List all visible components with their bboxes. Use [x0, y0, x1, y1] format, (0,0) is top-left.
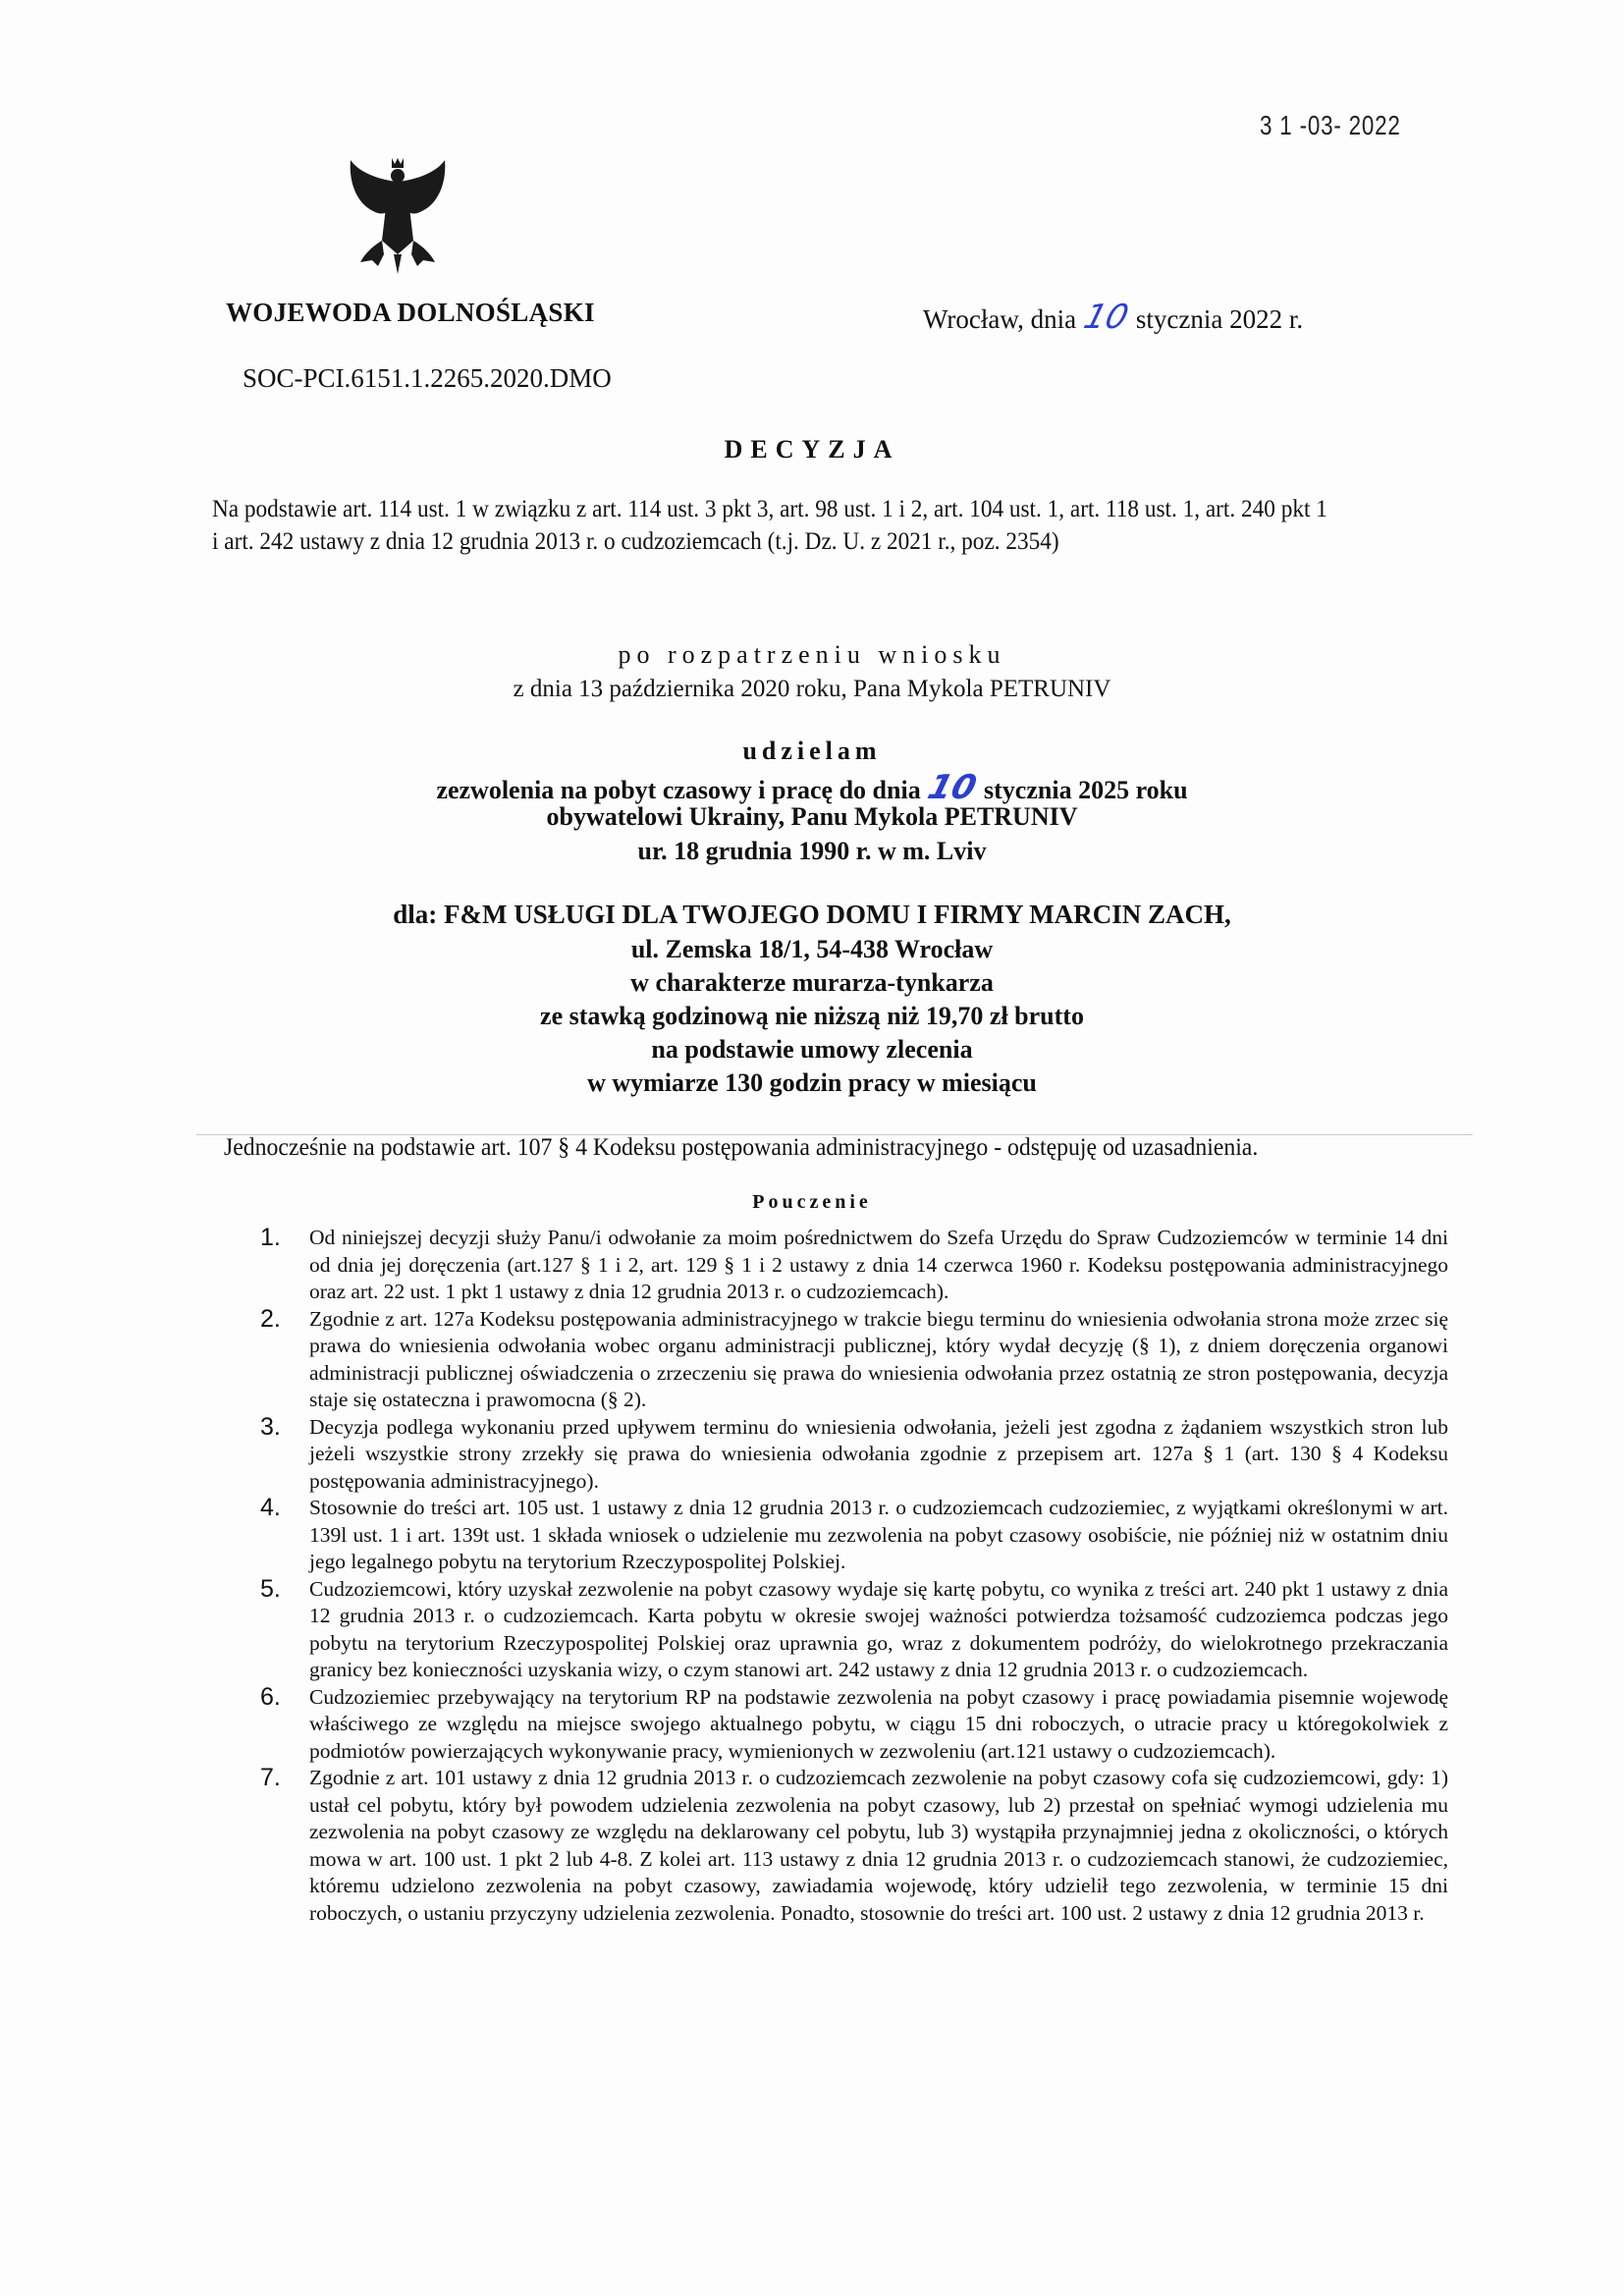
- item-number: 1.: [260, 1225, 309, 1306]
- legal-basis-paragraph: Na podstawie art. 114 ust. 1 w związku z…: [212, 493, 1335, 558]
- item-number: 5.: [260, 1576, 309, 1684]
- hourly-rate: ze stawką godzinową nie niższą niż 19,70…: [0, 1002, 1624, 1031]
- item-text: Zgodnie z art. 101 ustawy z dnia 12 grud…: [309, 1765, 1448, 1927]
- polish-eagle-emblem-icon: [339, 152, 457, 280]
- list-item: 2.Zgodnie z art. 127a Kodeksu postępowan…: [260, 1306, 1448, 1414]
- handwritten-day: 10: [924, 768, 981, 807]
- grant-birth-line: ur. 18 grudnia 1990 r. w m. Lviv: [0, 837, 1624, 866]
- item-text: Cudzoziemiec przebywający na terytorium …: [309, 1684, 1448, 1766]
- reference-number: SOC-PCI.6151.1.2265.2020.DMO: [243, 363, 612, 394]
- contract-type: na podstawie umowy zlecenia: [0, 1035, 1624, 1065]
- application-heading: po rozpatrzeniu wniosku: [0, 640, 1624, 670]
- item-text: Stosownie do treści art. 105 ust. 1 usta…: [309, 1495, 1448, 1576]
- list-item: 6.Cudzoziemiec przebywający na terytoriu…: [260, 1684, 1448, 1766]
- grant-heading: udzielam: [0, 737, 1624, 766]
- working-hours: w wymiarze 130 godzin pracy w miesiącu: [0, 1068, 1624, 1098]
- item-number: 6.: [260, 1684, 309, 1766]
- grant-suffix: stycznia 2025 roku: [984, 776, 1188, 804]
- grant-citizen-line: obywatelowi Ukrainy, Panu Mykola PETRUNI…: [0, 802, 1624, 832]
- item-text: Cudzoziemcowi, który uzyskał zezwolenie …: [309, 1576, 1448, 1684]
- justification-waiver: Jednocześnie na podstawie art. 107 § 4 K…: [224, 1134, 1258, 1162]
- item-number: 4.: [260, 1495, 309, 1576]
- handwritten-day: 10: [1079, 298, 1132, 337]
- place-date-suffix: stycznia 2022 r.: [1136, 304, 1303, 334]
- list-item: 5.Cudzoziemcowi, który uzyskał zezwoleni…: [260, 1576, 1448, 1684]
- employer-name: dla: F&M USŁUGI DLA TWOJEGO DOMU I FIRMY…: [0, 900, 1624, 930]
- employer-address: ul. Zemska 18/1, 54-438 Wrocław: [0, 935, 1624, 964]
- received-date-stamp: 3 1 -03- 2022: [1260, 110, 1401, 141]
- list-item: 1.Od niniejszej decyzji służy Panu/i odw…: [260, 1225, 1448, 1306]
- item-number: 2.: [260, 1306, 309, 1414]
- list-item: 7.Zgodnie z art. 101 ustawy z dnia 12 gr…: [260, 1765, 1448, 1927]
- document-title: DECYZJA: [0, 435, 1624, 465]
- item-text: Od niniejszej decyzji służy Panu/i odwoł…: [309, 1225, 1448, 1306]
- item-text: Zgodnie z art. 127a Kodeksu postępowania…: [309, 1306, 1448, 1414]
- item-number: 7.: [260, 1765, 309, 1927]
- instructions-list: 1.Od niniejszej decyzji służy Panu/i odw…: [260, 1225, 1448, 1927]
- list-item: 3.Decyzja podlega wykonaniu przed upływe…: [260, 1414, 1448, 1496]
- item-number: 3.: [260, 1414, 309, 1496]
- item-text: Decyzja podlega wykonaniu przed upływem …: [309, 1414, 1448, 1496]
- list-item: 4.Stosownie do treści art. 105 ust. 1 us…: [260, 1495, 1448, 1576]
- job-position: w charakterze murarza-tynkarza: [0, 968, 1624, 998]
- place-date-prefix: Wrocław, dnia: [923, 304, 1076, 334]
- place-and-date: Wrocław, dnia 10 stycznia 2022 r.: [923, 298, 1303, 337]
- grant-prefix: zezwolenia na pobyt czasowy i pracę do d…: [436, 776, 920, 804]
- grant-permit-line: zezwolenia na pobyt czasowy i pracę do d…: [0, 768, 1624, 807]
- application-details: z dnia 13 października 2020 roku, Pana M…: [0, 676, 1624, 703]
- issuing-authority: WOJEWODA DOLNOŚLĄSKI: [226, 298, 595, 328]
- instructions-heading: Pouczenie: [0, 1191, 1624, 1214]
